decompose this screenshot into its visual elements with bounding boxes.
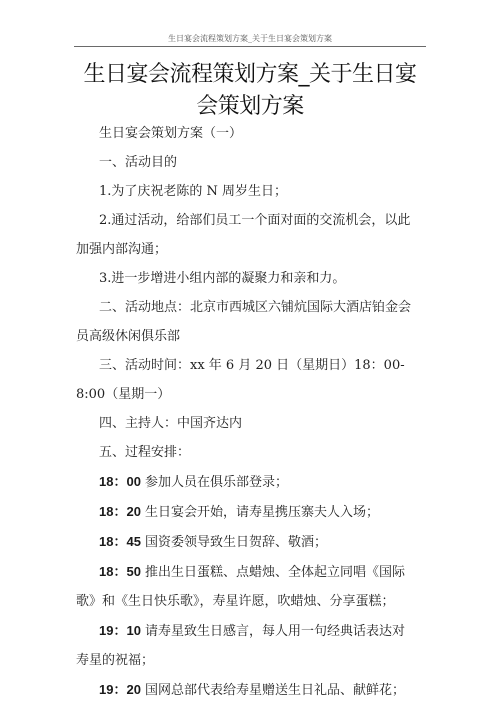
schedule-item: 19：20 国网总部代表给寿星赠送生日礼品、献鲜花； (76, 675, 416, 705)
paragraph-host: 四、主持人：中国齐达内 (76, 409, 416, 438)
schedule-time: 19：20 (99, 682, 141, 697)
schedule-text: 生日宴会开始，请寿星携压寨夫人入场； (141, 505, 379, 520)
paragraph-time: 三、活动时间：xx 年 6 月 20 日（星期日）18：00-8:00（星期一） (76, 351, 416, 409)
paragraph-location: 二、活动地点：北京市西城区六铺炕国际大酒店铂金会员高级休闲俱乐部 (76, 293, 416, 351)
document-title: 生日宴会流程策划方案_关于生日宴会策划方案 (74, 59, 426, 123)
document-body: 生日宴会策划方案（一） 一、活动目的 1.为了庆祝老陈的 N 周岁生日； 2.通… (76, 119, 416, 705)
document-page: 生日宴会流程策划方案_关于生日宴会策划方案 生日宴会流程策划方案_关于生日宴会策… (0, 0, 500, 708)
running-header: 生日宴会流程策划方案_关于生日宴会策划方案 (74, 34, 426, 44)
schedule-text: 国资委领导致生日贺辞、敬酒； (141, 535, 327, 550)
schedule-text: 国网总部代表给寿星赠送生日礼品、献鲜花； (141, 683, 405, 698)
schedule-item: 18：20 生日宴会开始，请寿星携压寨夫人入场； (76, 497, 416, 527)
schedule-time: 18：20 (99, 504, 141, 519)
paragraph-purpose-3: 3.进一步增进小组内部的凝聚力和亲和力。 (76, 264, 416, 293)
header-rule-divider (74, 46, 426, 47)
schedule-time: 18：00 (99, 474, 141, 489)
paragraph-section-5-heading: 五、过程安排： (76, 438, 416, 467)
schedule-time: 19：10 (99, 623, 141, 638)
schedule-text: 参加人员在俱乐部登录； (141, 475, 288, 490)
schedule-item: 18：45 国资委领导致生日贺辞、敬酒； (76, 527, 416, 557)
paragraph-purpose-1: 1.为了庆祝老陈的 N 周岁生日； (76, 177, 416, 206)
schedule-item: 18：50 推出生日蛋糕、点蜡烛、全体起立同唱《国际歌》和《生日快乐歌》，寿星许… (76, 557, 416, 616)
schedule-item: 18：00 参加人员在俱乐部登录； (76, 467, 416, 497)
paragraph-purpose-2: 2.通过活动，给部们员工一个面对面的交流机会，以此加强内部沟通； (76, 206, 416, 264)
schedule-item: 19：10 请寿星致生日感言，每人用一句经典话表达对寿星的祝福； (76, 616, 416, 675)
schedule-time: 18：45 (99, 534, 141, 549)
paragraph-section-1-heading: 一、活动目的 (76, 148, 416, 177)
schedule-time: 18：50 (99, 564, 141, 579)
paragraph-subtitle: 生日宴会策划方案（一） (76, 119, 416, 148)
